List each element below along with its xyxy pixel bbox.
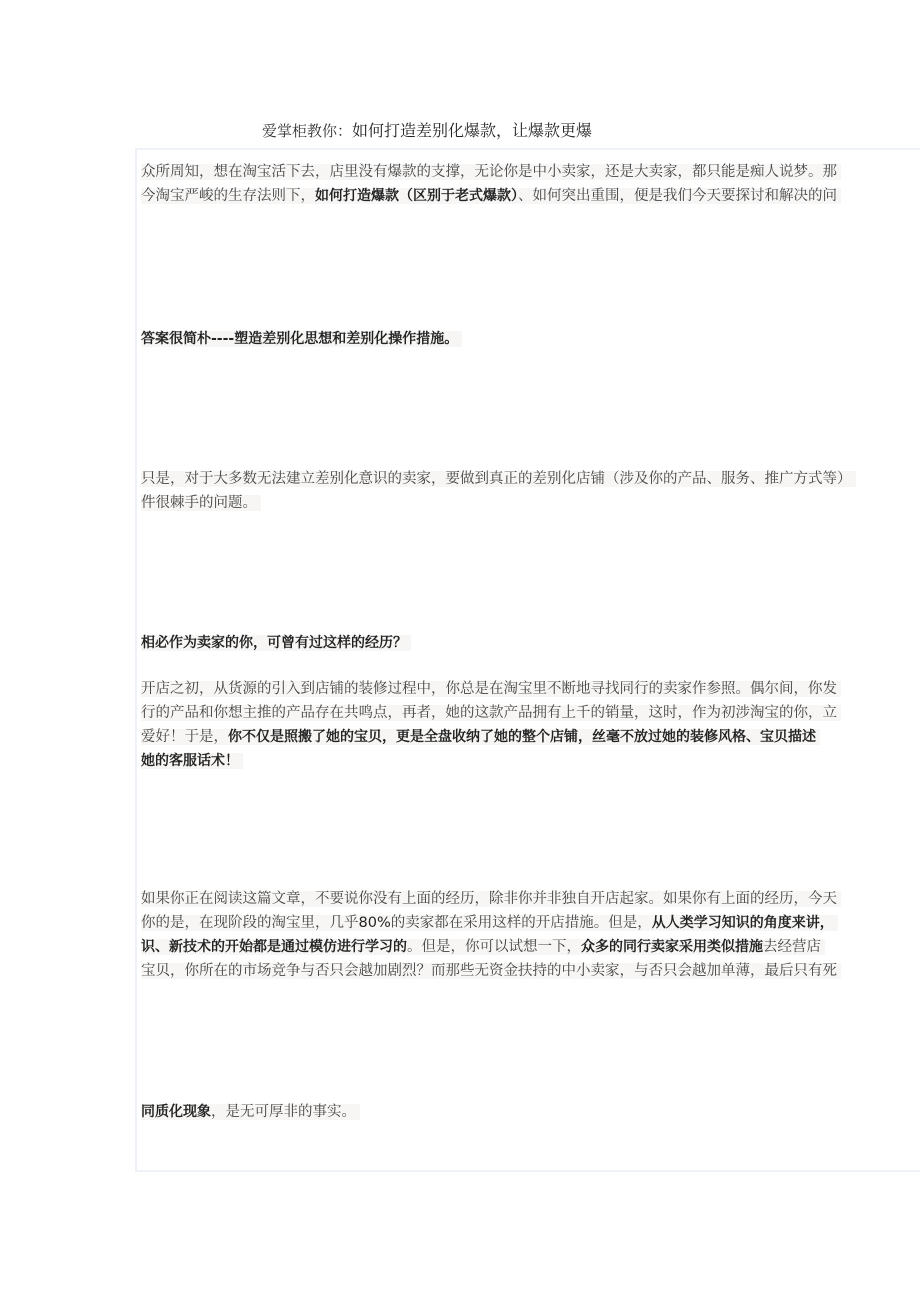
text-run: 去经营店: [763, 939, 821, 955]
text-line: 你的是，在现阶段的淘宝里，几乎80%的卖家都在采用这样的开店措施。但是，从人类学…: [141, 911, 841, 935]
highlighted-text: 你的是，在现阶段的淘宝里，几乎80%的卖家都在采用这样的开店措施。但是，从人类学…: [141, 915, 838, 931]
highlighted-text: 件很棘手的问题。: [141, 495, 261, 511]
text-line: 识、新技术的开始都是通过模仿进行学习的。但是，你可以试想一下，众多的同行卖家采用…: [141, 935, 841, 959]
text-run: 众所周知，想在淘宝活下去，店里没有爆款的支撑，无论你是中小卖家，还是大卖家，都只…: [141, 164, 837, 180]
bold-text: 同质化现象: [141, 1104, 211, 1120]
text-run: 80%: [359, 915, 391, 931]
bold-text: 相必作为卖家的你，可曾有过这样的经历？: [141, 635, 407, 651]
text-line: 开店之初，从货源的引入到店铺的装修过程中，你总是在淘宝里不断地寻找同行的卖家作参…: [141, 677, 841, 701]
highlighted-text: 今淘宝严峻的生存法则下，如何打造爆款（区别于老式爆款）、如何突出重围，便是我们今…: [141, 188, 841, 204]
title-main: 如何打造差别化爆款，让爆款更爆: [352, 121, 592, 140]
text-line: 答案很简朴----塑造差别化思想和差别化操作措施。: [141, 327, 462, 351]
highlighted-text: 开店之初，从货源的引入到店铺的装修过程中，你总是在淘宝里不断地寻找同行的卖家作参…: [141, 681, 841, 697]
text-line: 爱好！于是，你不仅是照搬了她的宝贝，更是全盘收纳了她的整个店铺，丝毫不放过她的装…: [141, 725, 841, 749]
highlighted-text: 她的客服话术！: [141, 753, 243, 769]
bold-text: 她的客服话术！: [141, 753, 239, 769]
text-line: 同质化现象，是无可厚非的事实。: [141, 1100, 360, 1124]
bold-text: 众多的同行卖家采用类似措施: [581, 939, 763, 955]
text-run: 如果你正在阅读这篇文章，不要说你没有上面的经历，除非你并非独自开店起家。如果你有…: [141, 891, 837, 907]
highlighted-text: 相必作为卖家的你，可曾有过这样的经历？: [141, 635, 411, 651]
text-line: 行的产品和你想主推的产品存在共鸣点，再者，她的这款产品拥有上千的销量，这时，作为…: [141, 701, 841, 725]
highlighted-text: 只是，对于大多数无法建立差别化意识的卖家，要做到真正的差别化店铺（涉及你的产品、…: [141, 471, 856, 487]
content-frame: [135, 148, 920, 1172]
paragraph-conclusion: 同质化现象，是无可厚非的事实。: [141, 1100, 360, 1124]
highlighted-text: 行的产品和你想主推的产品存在共鸣点，再者，她的这款产品拥有上千的销量，这时，作为…: [141, 705, 841, 721]
highlighted-text: 同质化现象，是无可厚非的事实。: [141, 1104, 360, 1120]
text-run: ，是无可厚非的事实。: [211, 1104, 356, 1120]
text-run: 的卖家都在采用这样的开店措施。但是，: [391, 915, 652, 931]
text-run: 只是，对于大多数无法建立差别化意识的卖家，要做到真正的差别化店铺（涉及你的产品、…: [141, 471, 852, 487]
text-line: 相必作为卖家的你，可曾有过这样的经历？: [141, 631, 411, 655]
text-run: 开店之初，从货源的引入到店铺的装修过程中，你总是在淘宝里不断地寻找同行的卖家作参…: [141, 681, 837, 697]
paragraph-question: 相必作为卖家的你，可曾有过这样的经历？: [141, 631, 411, 655]
text-line: 如果你正在阅读这篇文章，不要说你没有上面的经历，除非你并非独自开店起家。如果你有…: [141, 887, 841, 911]
text-run: 、如何突出重围，便是我们今天要探讨和解决的问: [518, 188, 837, 204]
paragraph-difficulty: 只是，对于大多数无法建立差别化意识的卖家，要做到真正的差别化店铺（涉及你的产品、…: [141, 467, 856, 515]
highlighted-text: 众所周知，想在淘宝活下去，店里没有爆款的支撑，无论你是中小卖家，还是大卖家，都只…: [141, 164, 841, 180]
text-line: 今淘宝严峻的生存法则下，如何打造爆款（区别于老式爆款）、如何突出重围，便是我们今…: [141, 184, 841, 208]
text-run: 你的是，在现阶段的淘宝里，几乎: [141, 915, 359, 931]
bold-text: 如何打造爆款（区别于老式爆款）: [315, 188, 518, 204]
highlighted-text: 答案很简朴----塑造差别化思想和差别化操作措施。: [141, 331, 462, 347]
document-title: 爱掌柜教你：如何打造差别化爆款，让爆款更爆: [262, 119, 592, 143]
text-line: 她的客服话术！: [141, 749, 841, 773]
highlighted-text: 如果你正在阅读这篇文章，不要说你没有上面的经历，除非你并非独自开店起家。如果你有…: [141, 891, 841, 907]
highlighted-text: 宝贝，你所在的市场竞争与否只会越加剧烈？而那些无资金扶持的中小卖家，与否只会越加…: [141, 963, 841, 979]
text-line: 只是，对于大多数无法建立差别化意识的卖家，要做到真正的差别化店铺（涉及你的产品、…: [141, 467, 856, 491]
bold-text: 你不仅是照搬了她的宝贝，更是全盘收纳了她的整个店铺，丝毫不放过她的装修风格、宝贝…: [228, 729, 816, 745]
text-line: 宝贝，你所在的市场竞争与否只会越加剧烈？而那些无资金扶持的中小卖家，与否只会越加…: [141, 959, 841, 983]
paragraph-reading: 如果你正在阅读这篇文章，不要说你没有上面的经历，除非你并非独自开店起家。如果你有…: [141, 887, 841, 983]
bold-text: 从人类学习知识的角度来讲，: [652, 915, 834, 931]
bold-text: 答案很简朴----塑造差别化思想和差别化操作措施。: [141, 331, 458, 347]
paragraph-experience: 开店之初，从货源的引入到店铺的装修过程中，你总是在淘宝里不断地寻找同行的卖家作参…: [141, 677, 841, 773]
text-line: 件很棘手的问题。: [141, 491, 856, 515]
text-line: 众所周知，想在淘宝活下去，店里没有爆款的支撑，无论你是中小卖家，还是大卖家，都只…: [141, 160, 841, 184]
highlighted-text: 爱好！于是，你不仅是照搬了她的宝贝，更是全盘收纳了她的整个店铺，丝毫不放过她的装…: [141, 729, 820, 745]
highlighted-text: 识、新技术的开始都是通过模仿进行学习的。但是，你可以试想一下，众多的同行卖家采用…: [141, 939, 825, 955]
text-run: 今淘宝严峻的生存法则下，: [141, 188, 315, 204]
text-run: 爱好！于是，: [141, 729, 228, 745]
bold-text: 识、新技术的开始都是通过模仿进行学习的: [141, 939, 407, 955]
paragraph-intro: 众所周知，想在淘宝活下去，店里没有爆款的支撑，无论你是中小卖家，还是大卖家，都只…: [141, 160, 841, 208]
text-run: 宝贝，你所在的市场竞争与否只会越加剧烈？而那些无资金扶持的中小卖家，与否只会越加…: [141, 963, 837, 979]
title-prefix: 爱掌柜教你：: [262, 122, 352, 140]
text-run: 件很棘手的问题。: [141, 495, 257, 511]
text-run: 行的产品和你想主推的产品存在共鸣点，再者，她的这款产品拥有上千的销量，这时，作为…: [141, 705, 837, 721]
paragraph-answer: 答案很简朴----塑造差别化思想和差别化操作措施。: [141, 327, 462, 351]
text-run: 。但是，你可以试想一下，: [407, 939, 581, 955]
